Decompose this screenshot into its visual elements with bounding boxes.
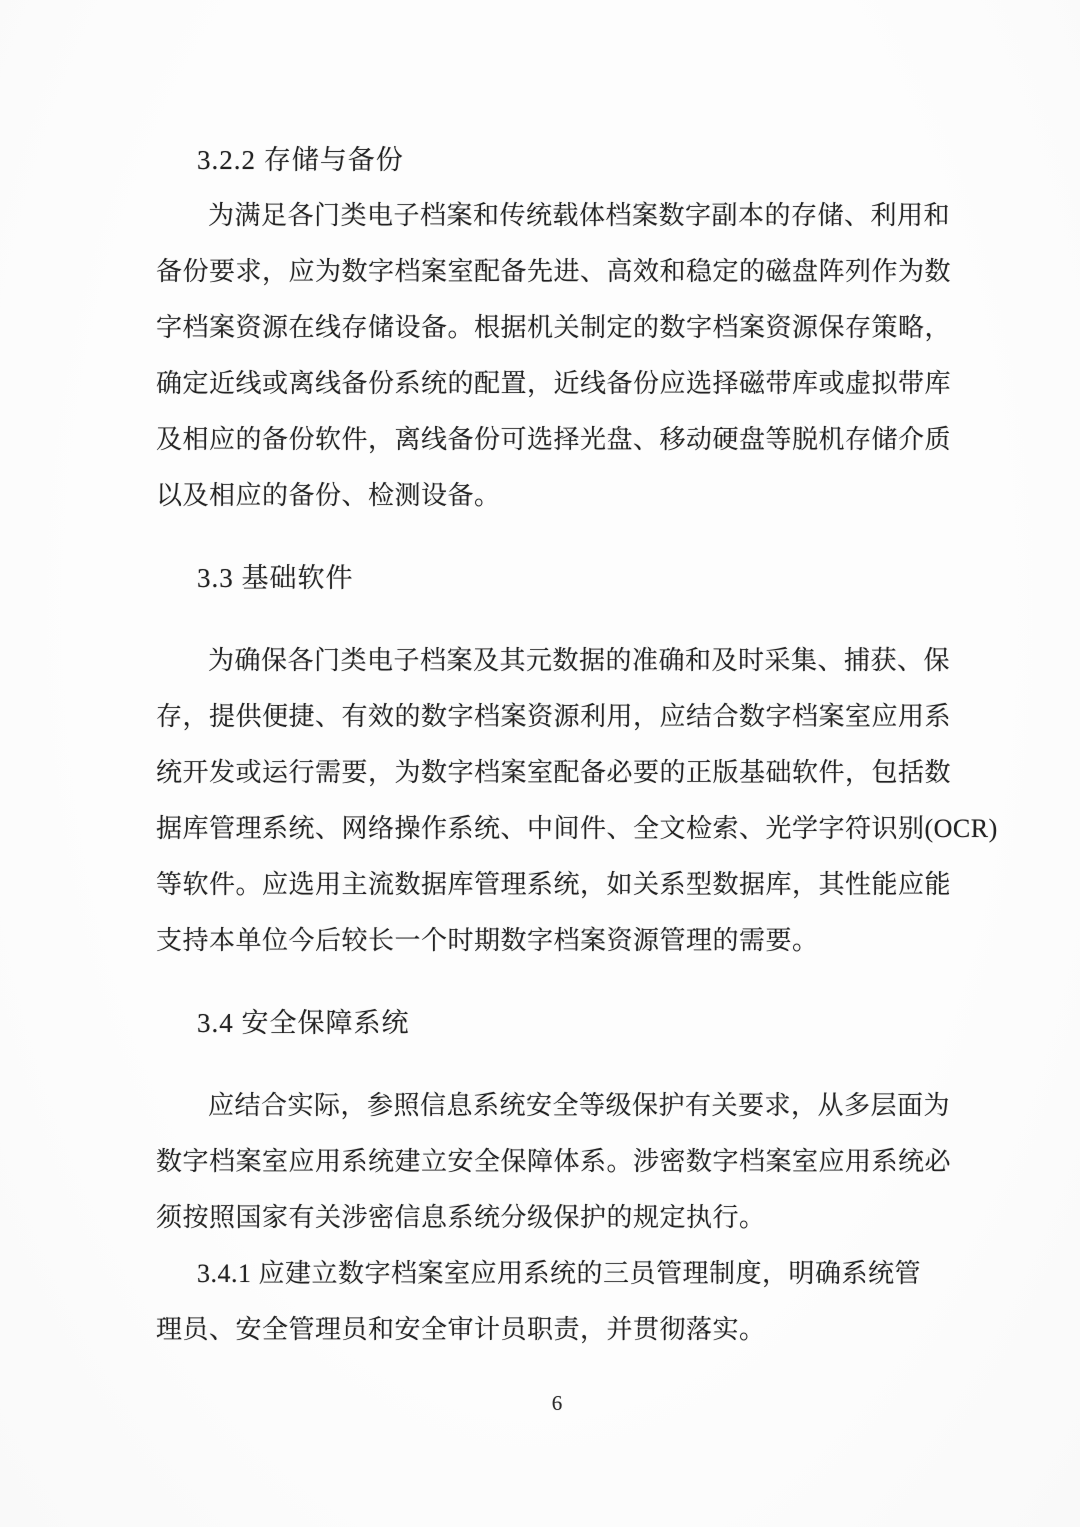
paragraph-line: 据库管理系统、网络操作系统、中间件、全文检索、光学字符识别(OCR) [156,801,980,857]
paragraph-line: 理员、安全管理员和安全审计员职责，并贯彻落实。 [156,1302,980,1358]
paragraph-line: 统开发或运行需要，为数字档案室配备必要的正版基础软件，包括数 [156,745,980,801]
paragraph-line: 存，提供便捷、有效的数字档案资源利用，应结合数字档案室应用系 [156,689,980,745]
paragraph-line: 确定近线或离线备份系统的配置，近线备份应选择磁带库或虚拟带库 [156,356,980,412]
paragraph: 为确保各门类电子档案及其元数据的准确和及时采集、捕获、保存，提供便捷、有效的数字… [156,633,980,969]
section-heading: 3.3 基础软件 [156,550,980,606]
paragraph-line: 等软件。应选用主流数据库管理系统，如关系型数据库，其性能应能 [156,857,980,913]
paragraph-line: 为满足各门类电子档案和传统载体档案数字副本的存储、利用和 [156,188,980,244]
paragraph: 应结合实际，参照信息系统安全等级保护有关要求，从多层面为数字档案室应用系统建立安… [156,1078,980,1246]
section-heading: 3.4 安全保障系统 [156,995,980,1051]
paragraph-line: 支持本单位今后较长一个时期数字档案资源管理的需要。 [156,913,980,969]
section-heading: 3.2.2 存储与备份 [156,132,980,188]
page-number: 6 [0,1389,1080,1417]
paragraph-line: 及相应的备份软件，离线备份可选择光盘、移动硬盘等脱机存储介质 [156,412,980,468]
paragraph-line: 应结合实际，参照信息系统安全等级保护有关要求，从多层面为 [156,1078,980,1134]
paragraph-line: 为确保各门类电子档案及其元数据的准确和及时采集、捕获、保 [156,633,980,689]
paragraph-line: 数字档案室应用系统建立安全保障体系。涉密数字档案室应用系统必 [156,1134,980,1190]
paragraph-line: 以及相应的备份、检测设备。 [156,468,980,524]
paragraph-line: 字档案资源在线存储设备。根据机关制定的数字档案资源保存策略， [156,300,980,356]
paragraph-line: 备份要求，应为数字档案室配备先进、高效和稳定的磁盘阵列作为数 [156,244,980,300]
document-page: 3.2.2 存储与备份为满足各门类电子档案和传统载体档案数字副本的存储、利用和备… [0,0,1080,1527]
paragraph-line: 须按照国家有关涉密信息系统分级保护的规定执行。 [156,1190,980,1246]
paragraph: 为满足各门类电子档案和传统载体档案数字副本的存储、利用和备份要求，应为数字档案室… [156,188,980,524]
paragraph: 3.4.1 应建立数字档案室应用系统的三员管理制度，明确系统管理员、安全管理员和… [156,1246,980,1358]
paragraph-line: 3.4.1 应建立数字档案室应用系统的三员管理制度，明确系统管 [156,1246,980,1302]
document-body: 3.2.2 存储与备份为满足各门类电子档案和传统载体档案数字副本的存储、利用和备… [0,132,1080,1358]
